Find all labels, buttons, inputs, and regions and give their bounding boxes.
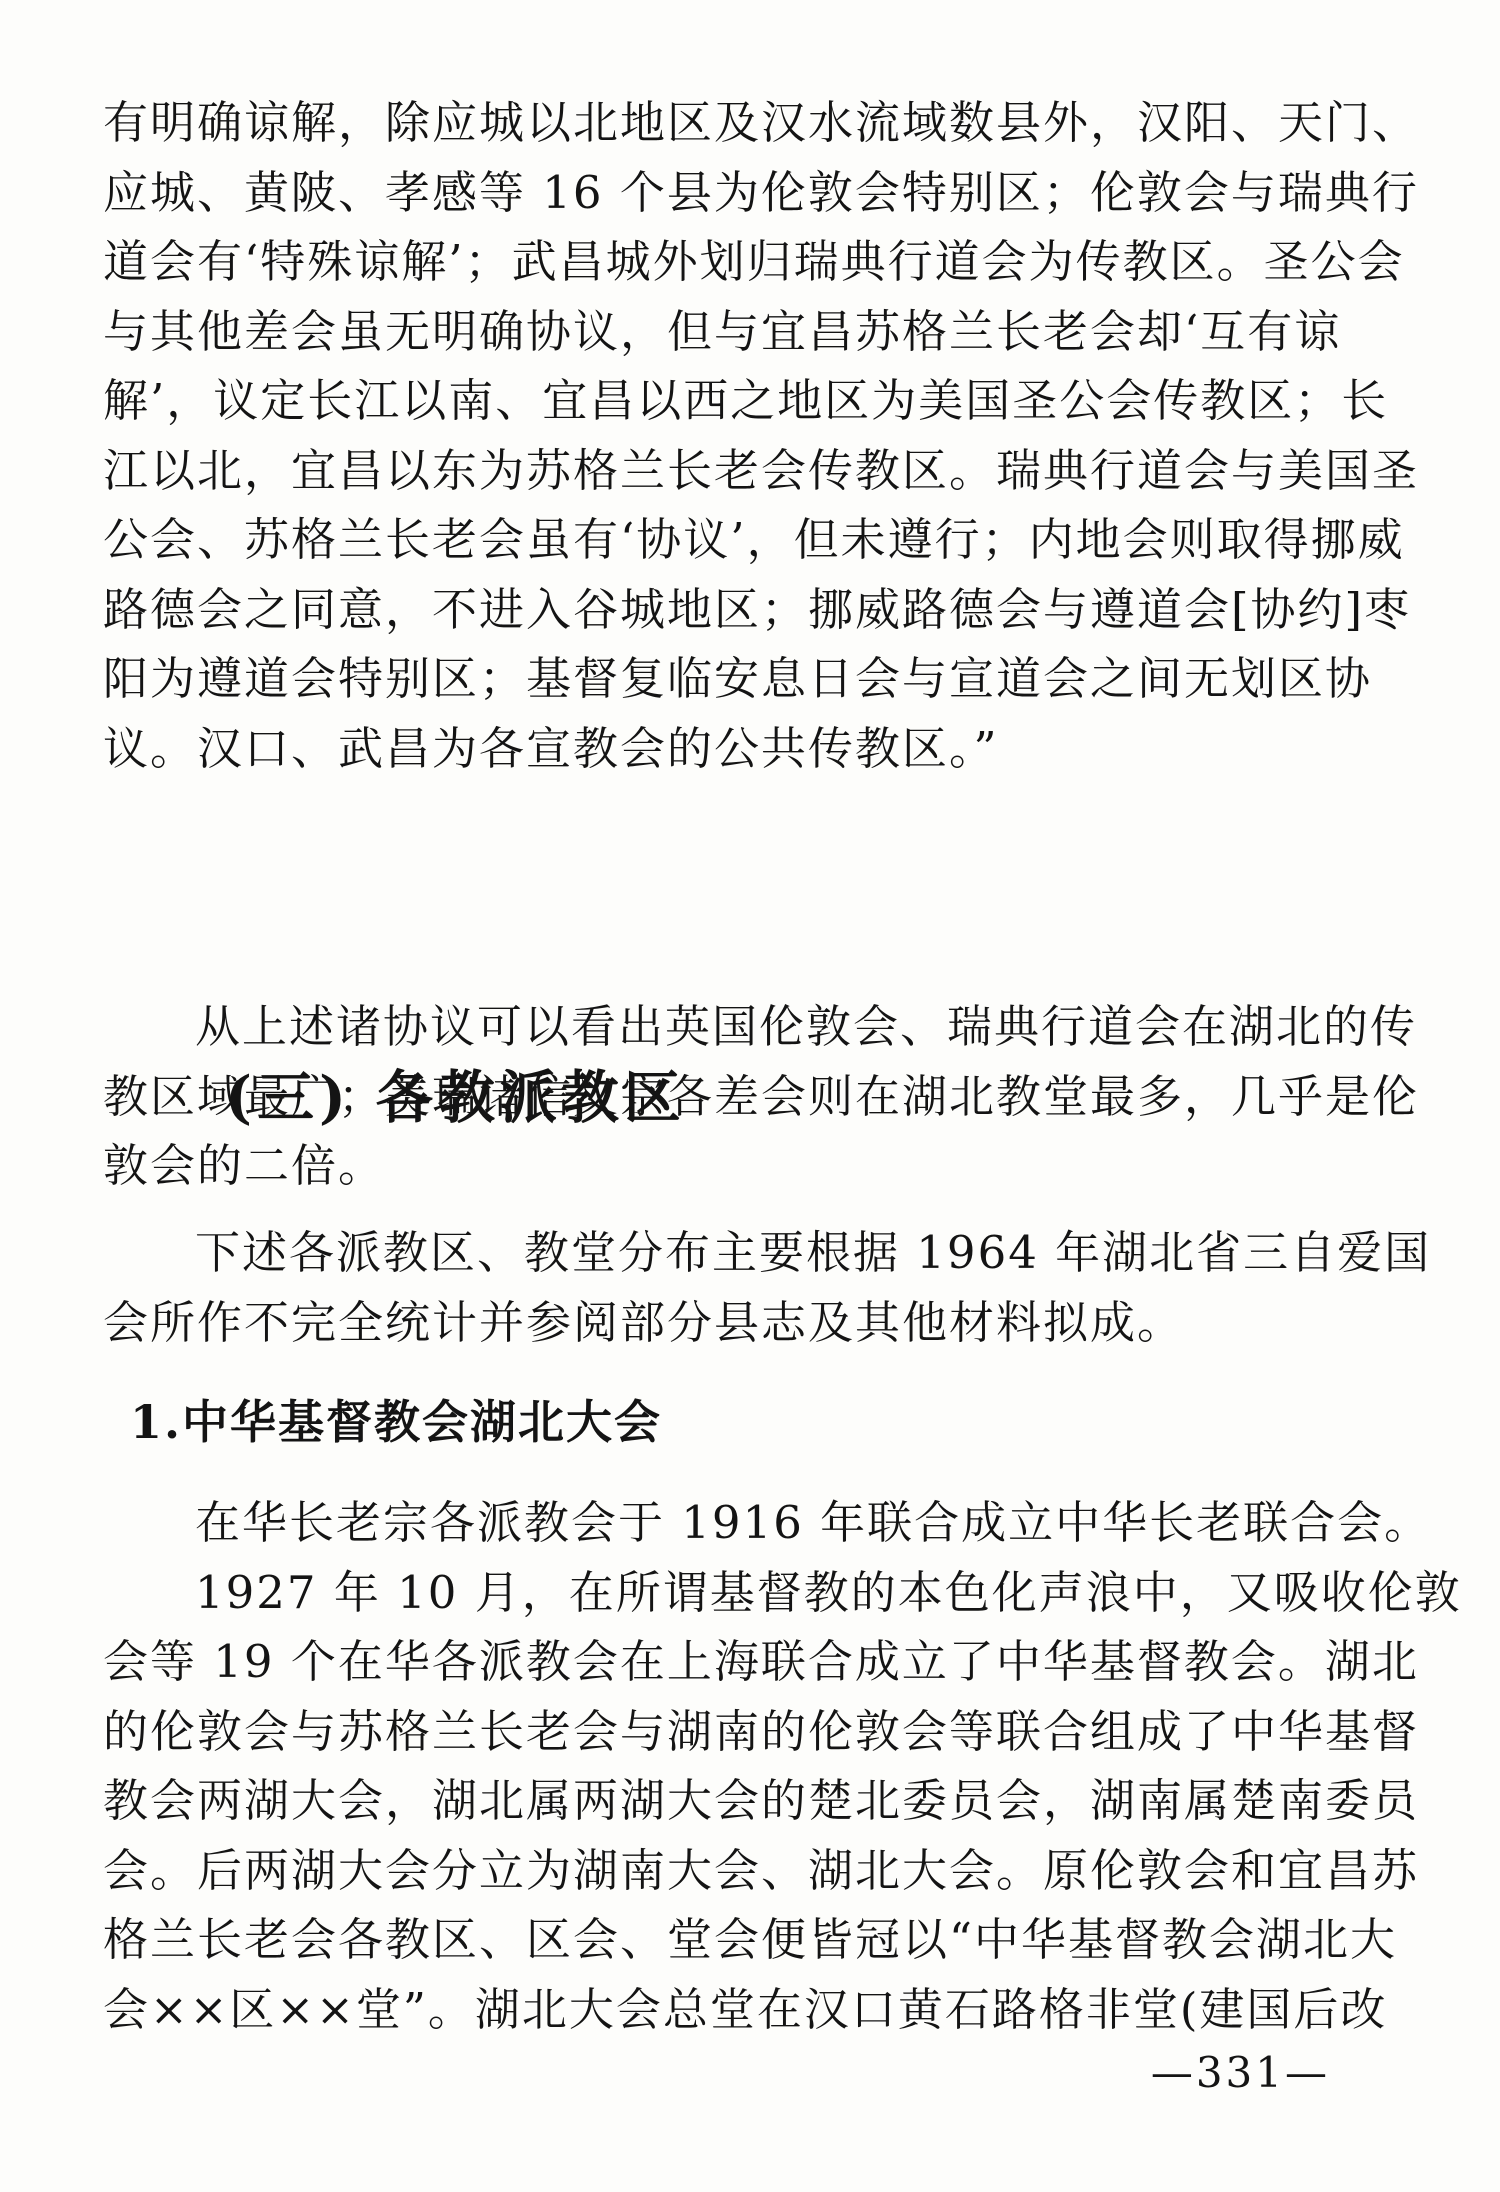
text-line: 与其他差会虽无明确协议，但与宜昌苏格兰长老会却‘互有谅 (103, 297, 1443, 367)
carryover-paragraph: 有明确谅解，除应城以北地区及汉水流域数县外，汉阳、天门、 应城、黄陂、孝感等 1… (103, 88, 1443, 783)
section-heading: (三) 各教派教区 (225, 1058, 686, 1138)
page-number: —331— (1151, 2048, 1330, 2097)
text-line: 格兰长老会各教区、区会、堂会便皆冠以“中华基督教会湖北大 (103, 1905, 1443, 1975)
text-line: 议。汉口、武昌为各宣教会的公共传教区。” (103, 714, 1443, 784)
text-line: 公会、苏格兰长老会虽有‘协议’，但未遵行；内地会则取得挪威 (103, 505, 1443, 575)
text-line: 会所作不完全统计并参阅部分县志及其他材料拟成。 (103, 1288, 1443, 1358)
scanned-page: 有明确谅解，除应城以北地区及汉水流域数县外，汉阳、天门、 应城、黄陂、孝感等 1… (0, 0, 1500, 2192)
text-line: 有明确谅解，除应城以北地区及汉水流域数县外，汉阳、天门、 (103, 88, 1443, 158)
text-line: 应城、黄陂、孝感等 16 个县为伦敦会特别区；伦敦会与瑞典行 (103, 158, 1443, 228)
text-line: 敦会的二倍。 (103, 1131, 1443, 1201)
text-line: 会××区××堂”。湖北大会总堂在汉口黄石路格非堂(建国后改 (103, 1975, 1443, 2045)
text-line: 江以北，宜昌以东为苏格兰长老会传教区。瑞典行道会与美国圣 (103, 436, 1443, 506)
text-line: 路德会之同意，不进入谷城地区；挪威路德会与遵道会[协约]枣 (103, 575, 1443, 645)
text-line: 下述各派教区、教堂分布主要根据 1964 年湖北省三自爱国 (103, 1218, 1443, 1288)
text-line: 阳为遵道会特别区；基督复临安息日会与宣道会之间无划区协 (103, 644, 1443, 714)
subsection-paragraphs: 在华长老宗各派教会于 1916 年联合成立中华长老联合会。 1927 年 10 … (103, 1488, 1443, 2044)
text-line: 1927 年 10 月，在所谓基督教的本色化声浪中，又吸收伦敦 (103, 1558, 1443, 1628)
text-line: 解’，议定长江以南、宜昌以西之地区为美国圣公会传教区；长 (103, 366, 1443, 436)
section-intro-paragraph: 下述各派教区、教堂分布主要根据 1964 年湖北省三自爱国 会所作不完全统计并参… (103, 1218, 1443, 1357)
subsection-heading: 1.中华基督教会湖北大会 (130, 1388, 662, 1458)
text-line: 在华长老宗各派教会于 1916 年联合成立中华长老联合会。 (103, 1488, 1443, 1558)
text-line: 会。后两湖大会分立为湖南大会、湖北大会。原伦敦会和宜昌苏 (103, 1836, 1443, 1906)
text-line: 的伦敦会与苏格兰长老会与湖南的伦敦会等联合组成了中华基督 (103, 1697, 1443, 1767)
text-line: 道会有‘特殊谅解’；武昌城外划归瑞典行道会为传教区。圣公会 (103, 227, 1443, 297)
text-line: 会等 19 个在华各派教会在上海联合成立了中华基督教会。湖北 (103, 1627, 1443, 1697)
text-line: 教会两湖大会，湖北属两湖大会的楚北委员会，湖南属楚南委员 (103, 1766, 1443, 1836)
text-line: 从上述诸协议可以看出英国伦敦会、瑞典行道会在湖北的传 (103, 992, 1443, 1062)
